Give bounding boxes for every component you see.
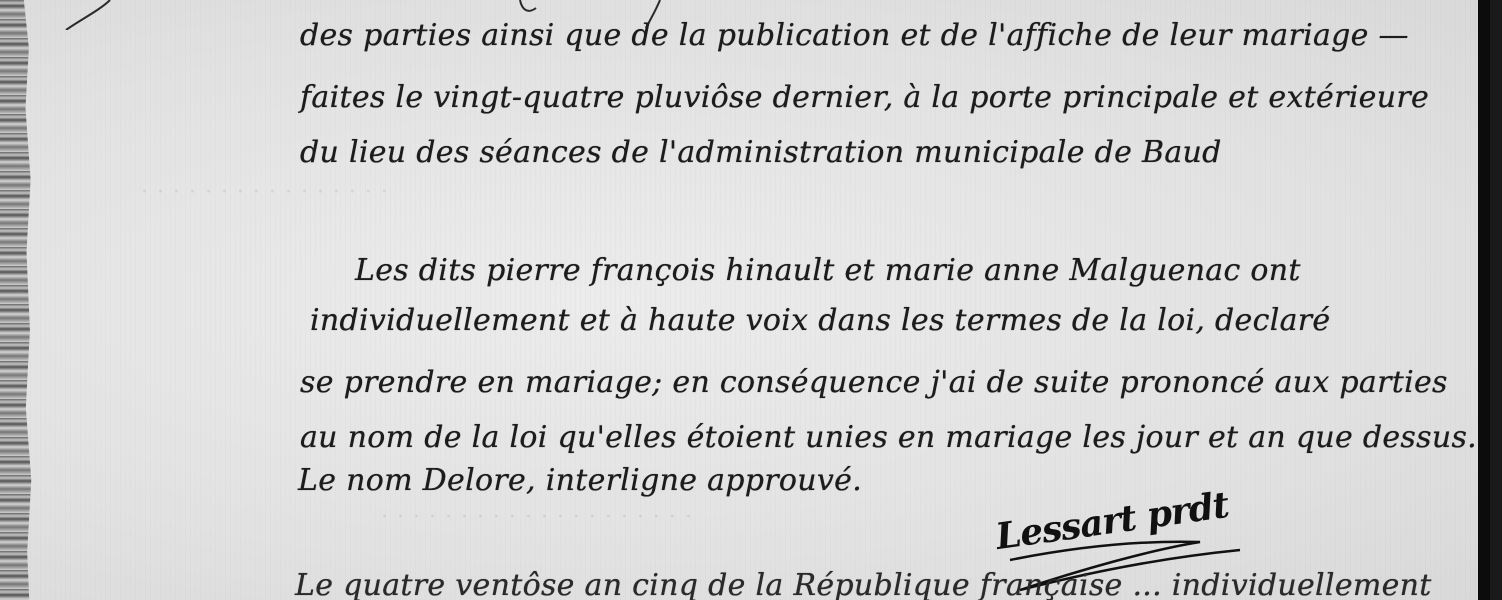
- text-line-6: se prendre en mariage; en conséquence j'…: [300, 365, 1448, 400]
- text-line-9: Le quatre ventôse an cinq de la Républiq…: [295, 568, 1432, 600]
- text-line-4: Les dits pierre françois hinault et mari…: [355, 253, 1301, 288]
- text-line-1: des parties ainsi que de la publication …: [300, 18, 1409, 53]
- text-line-5: individuellement et à haute voix dans le…: [310, 303, 1330, 338]
- bleed-through-text: · · · · · · · · · · · · · · · · · · · ·: [380, 505, 692, 530]
- document-page: · · · · · · · · · · · · · · · · · · · · …: [0, 0, 1490, 600]
- text-line-7: au nom de la loi qu'elles étoient unies …: [300, 420, 1477, 455]
- text-line-2: faites le vingt-quatre pluviôse dernier,…: [300, 80, 1429, 115]
- scan-border: [1478, 0, 1490, 600]
- text-line-8: Le nom Delore, interligne approuvé.: [298, 463, 862, 498]
- torn-paper-edge: [0, 0, 34, 600]
- text-line-3: du lieu des séances de l'administration …: [300, 135, 1222, 170]
- bleed-through-text: · · · · · · · · · · · · · · · ·: [140, 180, 388, 205]
